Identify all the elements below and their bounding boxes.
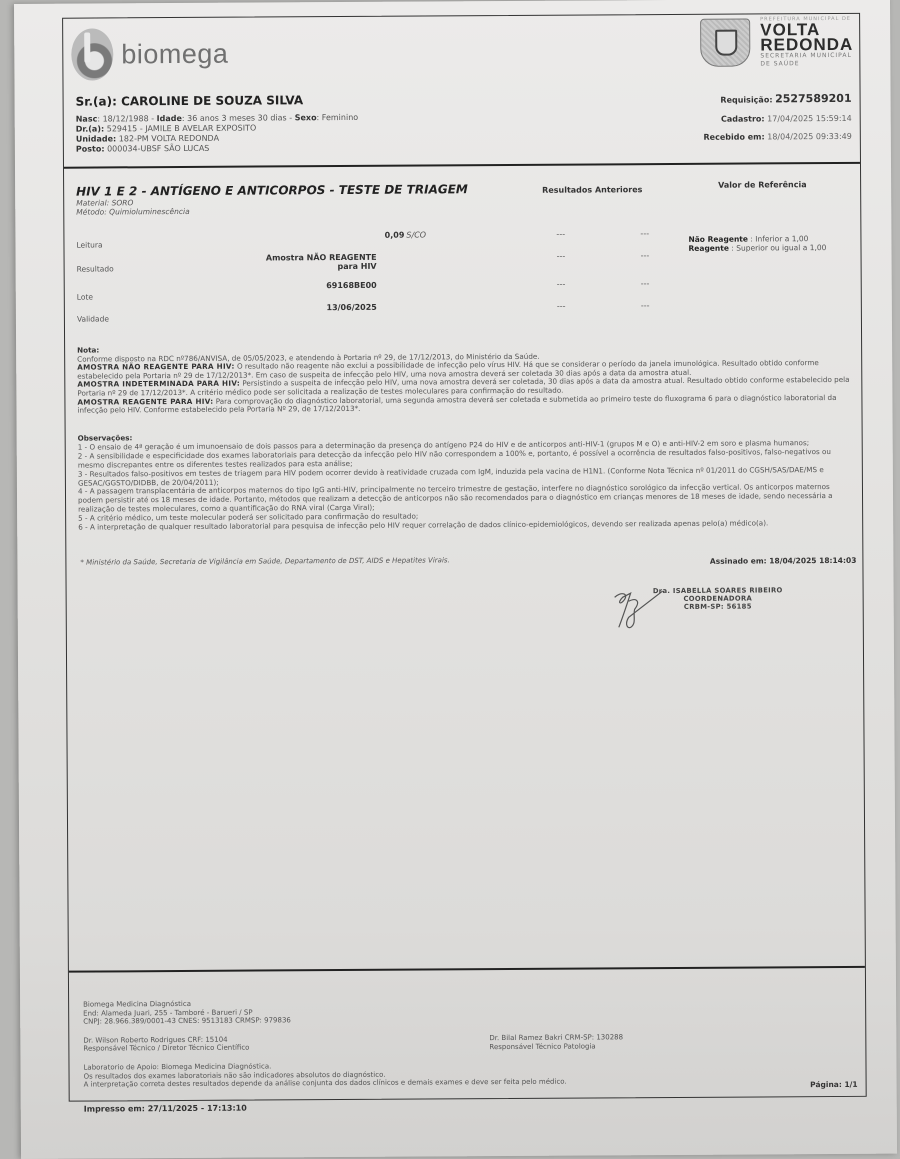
received-date: Recebido em: 18/04/2025 09:33:49 xyxy=(703,132,851,142)
result-value: Amostra NÃO REAGENTEpara HIV xyxy=(266,253,377,272)
row-label-lote: Lote xyxy=(77,293,93,302)
previous-result: --- xyxy=(640,229,649,238)
report-paper: biomega PREFEITURA MUNICIPAL DE VOLTA RE… xyxy=(14,0,897,1159)
signed-at: Assinado em: 18/04/2025 18:14:03 xyxy=(710,556,857,566)
city-logo-line2: REDONDA xyxy=(760,37,853,53)
previous-result: --- xyxy=(641,279,650,288)
request-info: Requisição: 2527589201 Cadastro: 17/04/2… xyxy=(703,92,852,151)
reading-unit: S/CO xyxy=(406,230,426,239)
note-item: AMOSTRA REAGENTE PARA HIV: Para comprova… xyxy=(77,393,851,415)
register-date: Cadastro: 17/04/2025 15:59:14 xyxy=(703,114,851,124)
previous-result: --- xyxy=(557,252,566,261)
volta-redonda-logo: PREFEITURA MUNICIPAL DE VOLTA REDONDA SE… xyxy=(700,16,853,69)
source-reference: * Ministério da Saúde, Secretaria de Vig… xyxy=(80,556,449,566)
company-info: Biomega Medicina Diagnóstica End: Alamed… xyxy=(83,996,855,1026)
page-number: Página: 1/1 xyxy=(810,1080,858,1089)
row-label-leitura: Leitura xyxy=(76,240,102,249)
city-crest-icon xyxy=(700,19,750,67)
city-logo-sub1: SECRETARIA MUNICIPAL xyxy=(760,52,853,61)
lot-value: 69168BE00 xyxy=(326,281,377,290)
patient-info: Sr.(a): CAROLINE DE SOUZA SILVA Nasc: 18… xyxy=(76,93,359,155)
city-logo-sub2: DE SAÚDE xyxy=(760,60,853,69)
technical-responsible-2: Dr. Bilal Ramez Bakri CRM-SP: 130288 Res… xyxy=(489,1033,623,1051)
patient-name: CAROLINE DE SOUZA SILVA xyxy=(121,93,303,108)
row-label-validade: Validade xyxy=(77,314,109,323)
disclaimer: Laboratorio de Apoio: Biomega Medicina D… xyxy=(83,1059,855,1089)
observation-item: 6 - A interpretação de qualquer resultad… xyxy=(78,519,852,533)
validity-value: 13/06/2025 xyxy=(326,303,376,312)
patient-name-line: Sr.(a): CAROLINE DE SOUZA SILVA xyxy=(76,93,359,109)
header-divider xyxy=(64,162,860,169)
request-number: Requisição: 2527589201 xyxy=(703,92,851,106)
previous-result: --- xyxy=(641,251,650,260)
biomega-logo: biomega xyxy=(71,28,228,81)
biomega-logo-icon xyxy=(71,28,113,80)
previous-result: --- xyxy=(556,230,565,239)
previous-results-header: Resultados Anteriores xyxy=(542,185,642,195)
reference-values: Não Reagente : Inferior a 1,00 Reagente … xyxy=(688,234,826,253)
signer-registry: CRBM-SP: 56185 xyxy=(653,602,783,611)
signer-block: Dra. ISABELLA SOARES RIBEIRO COORDENADOR… xyxy=(653,586,783,611)
observations-section: Observações: 1 - O ensaio de 4ª geração … xyxy=(78,430,853,533)
note-section: Nota: Conforme disposto na RDC nº786/ANV… xyxy=(77,342,851,415)
biomega-logo-text: biomega xyxy=(121,38,228,70)
tech2-name: Dr. Bilal Ramez Bakri CRM-SP: 130288 xyxy=(489,1033,623,1042)
patient-post-line: Posto: 000034-UBSF SÃO LUCAS xyxy=(76,143,359,155)
footer: Biomega Medicina Diagnóstica End: Alamed… xyxy=(83,996,856,1099)
reference-reactive: Reagente : Superior ou igual a 1,00 xyxy=(688,243,826,253)
previous-result: --- xyxy=(557,302,566,311)
previous-result: --- xyxy=(557,280,566,289)
tech2-role: Responsável Técnico Patologia xyxy=(489,1042,623,1051)
printed-at: Impresso em: 27/11/2025 - 17:13:10 xyxy=(84,1104,247,1114)
reference-value-header: Valor de Referência xyxy=(718,180,807,190)
row-label-resultado: Resultado xyxy=(77,264,114,273)
reading-value: 0,09 xyxy=(385,231,405,240)
previous-result: --- xyxy=(641,301,650,310)
technical-responsible-1: Dr. Wilson Roberto Rodrigues CRF: 15104 … xyxy=(83,1032,855,1054)
exam-section: HIV 1 E 2 - ANTÍGENO E ANTICORPOS - TEST… xyxy=(76,180,848,217)
footer-divider xyxy=(69,966,865,973)
report-frame: biomega PREFEITURA MUNICIPAL DE VOLTA RE… xyxy=(62,13,867,1102)
